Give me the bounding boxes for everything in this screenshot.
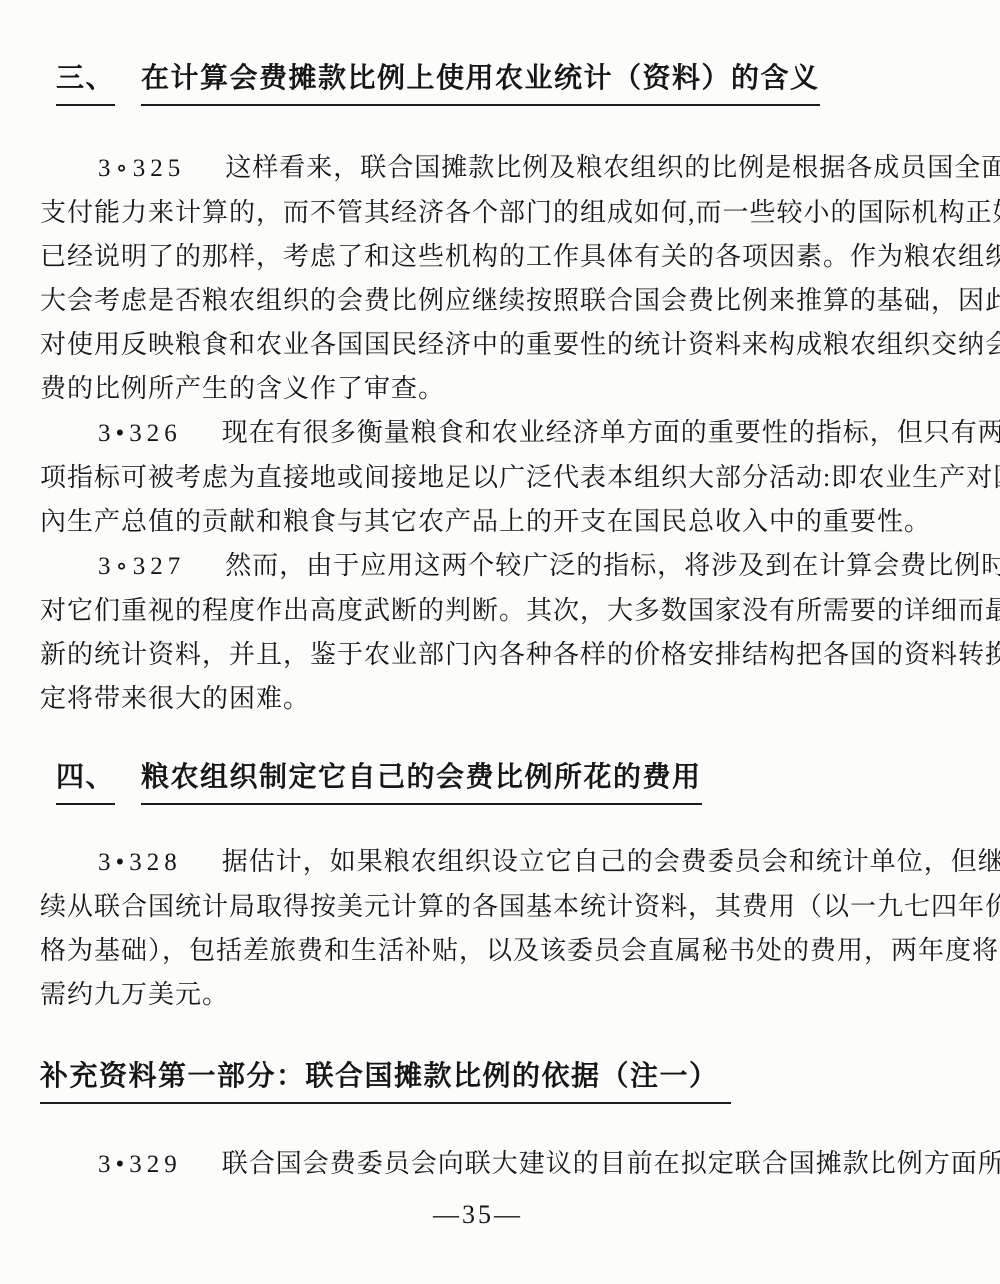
section-heading-three: 三、在计算会费摊款比例上使用农业统计（资料）的含义	[40, 56, 958, 106]
page-number: —35—	[0, 1200, 956, 1230]
text-line: 內生产总值的贡献和粮食与其它农产品上的开支在国民总收入中的重要性。	[40, 507, 931, 536]
section-title: 粮农组织制定它自己的会费比例所花的费用	[141, 755, 702, 805]
text-line: 3•329联合国会费委员会向联大建议的目前在拟定联合国摊款比例方面所	[40, 1149, 1000, 1178]
text-line: 大会考虑是否粮农组织的会费比例应继续按照联合国会费比例来推算的基础，因此	[40, 286, 1000, 315]
text-line-content: 据估计，如果粮农组织设立它自己的会费委员会和统计单位，但继	[222, 847, 1000, 876]
paragraph-number: 3•329	[98, 1143, 182, 1187]
section-marker: 三、	[56, 56, 115, 106]
document-page: 三、在计算会费摊款比例上使用农业统计（资料）的含义 3∘325这样看来，联合国摊…	[0, 0, 1000, 1284]
section-heading-supplement: 补充资料第一部分：联合国摊款比例的依据（注一）	[40, 1054, 942, 1104]
text-line-content: 联合国会费委员会向联大建议的目前在拟定联合国摊款比例方面所	[222, 1149, 1000, 1178]
text-line: 3•328据估计，如果粮农组织设立它自己的会费委员会和统计单位，但继	[40, 847, 1000, 876]
text-line: 定将带来很大的困难。	[40, 684, 310, 713]
text-line: 3∘325这样看来，联合国摊款比例及粮农组织的比例是根据各成员国全面的	[40, 153, 1000, 182]
section-marker: 四、	[56, 755, 115, 805]
text-line: 新的统计资料，并且，鉴于农业部门內各种各样的价格安排结构把各国的资料转换	[40, 640, 1000, 669]
section-heading-four: 四、粮农组织制定它自己的会费比例所花的费用	[40, 755, 958, 805]
text-line: 已经说明了的那样，考虑了和这些机构的工作具体有关的各项因素。作为粮农组织	[40, 242, 1000, 271]
paragraph-number: 3•328	[98, 841, 182, 885]
text-line-content: 然而，由于应用这两个较广泛的指标，将涉及到在计算会费比例时	[225, 551, 1000, 580]
text-line: 3•326现在有很多衡量粮食和农业经济单方面的重要性的指标，但只有两	[40, 418, 1000, 447]
section-title: 补充资料第一部分：联合国摊款比例的依据（注一）	[40, 1054, 731, 1104]
text-line-content: 现在有很多衡量粮食和农业经济单方面的重要性的指标，但只有两	[222, 418, 1000, 447]
paragraph-number: 3∘325	[98, 147, 185, 191]
text-line: 对它们重视的程度作出高度武断的判断。其次，大多数国家没有所需要的详细而最	[40, 596, 1000, 625]
text-line: 项指标可被考虑为直接地或间接地足以广泛代表本组织大部分活动:即农业生产对国	[40, 463, 1000, 492]
text-line: 3∘327然而，由于应用这两个较广泛的指标，将涉及到在计算会费比例时	[40, 551, 1000, 580]
body-block-2: 3•328据估计，如果粮农组织设立它自己的会费委员会和统计单位，但继 续从联合国…	[40, 840, 942, 1017]
paragraph-number: 3•326	[98, 412, 182, 456]
body-block-1: 3∘325这样看来，联合国摊款比例及粮农组织的比例是根据各成员国全面的 支付能力…	[40, 146, 942, 721]
text-line: 对使用反映粮食和农业各国国民经济中的重要性的统计资料来构成粮农组织交纳会	[40, 330, 1000, 359]
section-title: 在计算会费摊款比例上使用农业统计（资料）的含义	[141, 56, 820, 106]
paragraph-number: 3∘327	[98, 545, 185, 589]
body-block-3: 3•329联合国会费委员会向联大建议的目前在拟定联合国摊款比例方面所	[40, 1142, 942, 1187]
paragraph-3-326: 3•326现在有很多衡量粮食和农业经济单方面的重要性的指标，但只有两 项指标可被…	[40, 411, 942, 544]
text-line: 格为基础），包括差旅费和生活补贴，以及该委员会直属秘书处的费用，两年度将	[40, 936, 999, 965]
text-line: 续从联合国统计局取得按美元计算的各国基本统计资料，其费用（以一九七四年价	[40, 892, 1000, 921]
text-line-content: 这样看来，联合国摊款比例及粮农组织的比例是根据各成员国全面的	[225, 153, 1000, 182]
paragraph-3-327: 3∘327然而，由于应用这两个较广泛的指标，将涉及到在计算会费比例时 对它们重视…	[40, 544, 942, 721]
text-line: 支付能力来计算的，而不管其经济各个部门的组成如何,而一些较小的国际机构正如	[40, 198, 1000, 227]
paragraph-3-325: 3∘325这样看来，联合国摊款比例及粮农组织的比例是根据各成员国全面的 支付能力…	[40, 146, 942, 411]
text-line: 需约九万美元。	[40, 980, 229, 1009]
paragraph-3-328: 3•328据估计，如果粮农组织设立它自己的会费委员会和统计单位，但继 续从联合国…	[40, 840, 942, 1017]
paragraph-3-329: 3•329联合国会费委员会向联大建议的目前在拟定联合国摊款比例方面所	[40, 1142, 942, 1187]
text-line: 费的比例所产生的含义作了审查。	[40, 374, 445, 403]
